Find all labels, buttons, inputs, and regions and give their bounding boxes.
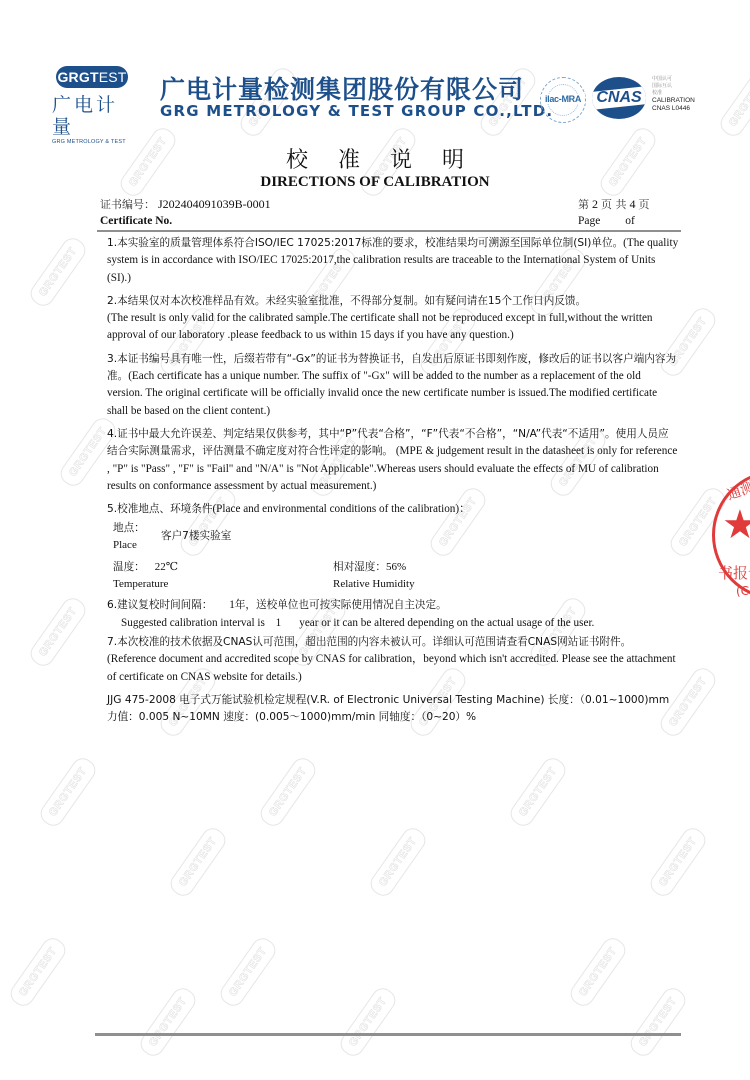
item-1: 1.本实验室的质量管理体系符合ISO/IEC 17025:2017标准的要求，校…	[107, 235, 679, 287]
item-6-cn-b: 年，送校单位也可按实际使用情况自主决定。	[235, 599, 447, 611]
of-label-en: of	[625, 215, 635, 227]
logo-cn-text: 广电计量	[52, 94, 138, 138]
temperature-value: 22℃	[155, 561, 178, 573]
page-suffix: 页	[639, 198, 650, 211]
company-name-cn: 广电计量检测集团股份有限公司	[160, 70, 524, 106]
humidity-block: 相对湿度：56% Relative Humidity	[333, 559, 415, 593]
item-7-en: (Reference document and accredited scope…	[107, 653, 676, 682]
reference-document: JJG 475-2008 电子式万能试验机检定规程(V.R. of Electr…	[107, 692, 679, 727]
grgtest-logo: GRGTEST 广电计量 GRG METROLOGY & TEST	[52, 66, 138, 145]
page-title-en: DIRECTIONS OF CALIBRATION	[0, 174, 750, 191]
cnas-side-en-0: CALIBRATION	[652, 97, 695, 105]
page-indicator-en: Page of	[578, 215, 657, 227]
place-label-en: Place	[113, 537, 161, 554]
cnas-side-cn-0: 中国认可	[652, 76, 695, 83]
seal-star-icon: ★	[722, 505, 750, 545]
item-2: 2.本结果仅对本次校准样品有效。未经实验室批准，不得部分复制。如有疑问请在15个…	[107, 293, 679, 345]
item-7: 7.本次校准的技术依据及CNAS认可范围，超出范围的内容未被认可。详细认可范围请…	[107, 634, 679, 686]
item-3: 3.本证书编号具有唯一性，后缀若带有“-Gx”的证书为替换证书，自发出后原证书即…	[107, 351, 679, 420]
directions-body: 1.本实验室的质量管理体系符合ISO/IEC 17025:2017标准的要求，校…	[107, 235, 679, 733]
interval-value-en: 1	[276, 617, 282, 629]
certificate-label-cn: 证书编号：	[100, 198, 155, 211]
cnas-label: CNAS	[592, 89, 646, 107]
logo-pill-thin: EST	[99, 69, 127, 85]
item-2-en: (The result is only valid for the calibr…	[107, 312, 653, 341]
item-6-cn-a: 6.建议复校时间间隔：	[107, 599, 212, 611]
footer-divider	[95, 1033, 681, 1036]
temperature-label-cn: 温度：	[113, 561, 145, 573]
page-prefix: 第	[578, 198, 589, 211]
item-6-en-a: Suggested calibration interval is	[107, 617, 265, 629]
humidity-label-en: Relative Humidity	[333, 576, 415, 593]
cnas-accreditation-text: 中国认可 国际互认 校准 CALIBRATION CNAS L0446	[652, 76, 695, 113]
cnas-side-en-1: CNAS L0446	[652, 105, 695, 113]
page-current: 2	[592, 197, 598, 211]
place-row: 地点： Place 客户7楼实验室	[113, 520, 679, 554]
humidity-label-cn: 相对湿度：	[333, 561, 386, 573]
reference-line: JJG 475-2008 电子式万能试验机检定规程(V.R. of Electr…	[107, 694, 669, 723]
item-7-cn: 7.本次校准的技术依据及CNAS认可范围，超出范围的内容未被认可。详细认可范围请…	[107, 636, 631, 648]
calibration-page: GRGTEST 广电计量 GRG METROLOGY & TEST 广电计量检测…	[0, 0, 750, 1080]
place-labels: 地点： Place	[113, 520, 161, 554]
header-divider	[97, 230, 681, 232]
ilac-label: ilac-MRA	[541, 94, 585, 104]
item-4: 4.证书中最大允许误差、判定结果仅供参考，其中“P”代表“合格”，“F”代表“不…	[107, 426, 679, 495]
page-indicator: 第 2 页 共 4 页	[578, 196, 650, 212]
place-label-cn: 地点：	[113, 520, 161, 537]
item-1-cn: 1.本实验室的质量管理体系符合ISO/IEC 17025:2017标准的要求，校…	[107, 237, 623, 249]
item-6: 6.建议复校时间间隔： 1年，送校单位也可按实际使用情况自主决定。 Sugges…	[107, 597, 679, 632]
environment-conditions: 地点： Place 客户7楼实验室 温度：22℃ Temperature 相对湿…	[113, 520, 679, 593]
seal-bottom-text: 书报告	[718, 562, 750, 583]
ilac-mra-logo: ilac-MRA	[540, 77, 586, 123]
cnas-side-cn-2: 校准	[652, 90, 695, 97]
page-label-en: Page	[578, 215, 600, 227]
item-5: 5.校准地点、环境条件(Place and environmental cond…	[107, 501, 679, 518]
page-title-cn: 校准说明	[0, 143, 750, 174]
item-6-en-b: year or it can be altered depending on t…	[299, 617, 594, 629]
logo-pill-bold: GRGT	[57, 69, 98, 85]
certificate-number: J202404091039B-0001	[158, 197, 271, 211]
company-name-en: GRG METROLOGY & TEST GROUP CO.,LTD.	[160, 102, 553, 120]
item-2-cn: 2.本结果仅对本次校准样品有效。未经实验室批准，不得部分复制。如有疑问请在15个…	[107, 295, 586, 307]
cnas-logo: CNAS	[592, 77, 646, 119]
item-5-cn: 5.校准地点、环境条件	[107, 503, 212, 515]
temperature-label-en: Temperature	[113, 576, 333, 593]
item-3-en: (Each certificate has a unique number. T…	[107, 370, 657, 417]
seal-paren-text: (C	[736, 584, 749, 598]
page-mid: 页 共	[601, 198, 627, 211]
page-total: 4	[630, 197, 636, 211]
item-5-en: (Place and environmental conditions of t…	[212, 503, 470, 515]
place-value: 客户7楼实验室	[161, 528, 231, 554]
grgtest-logo-pill: GRGTEST	[56, 66, 128, 88]
humidity-value: 56%	[386, 561, 406, 573]
cnas-side-cn-1: 国际互认	[652, 83, 695, 90]
certificate-label-en: Certificate No.	[100, 215, 172, 227]
temperature-humidity-row: 温度：22℃ Temperature 相对湿度：56% Relative Hum…	[113, 559, 679, 593]
temperature-block: 温度：22℃ Temperature	[113, 559, 333, 593]
certificate-number-row: 证书编号： J202404091039B-0001	[100, 196, 271, 212]
